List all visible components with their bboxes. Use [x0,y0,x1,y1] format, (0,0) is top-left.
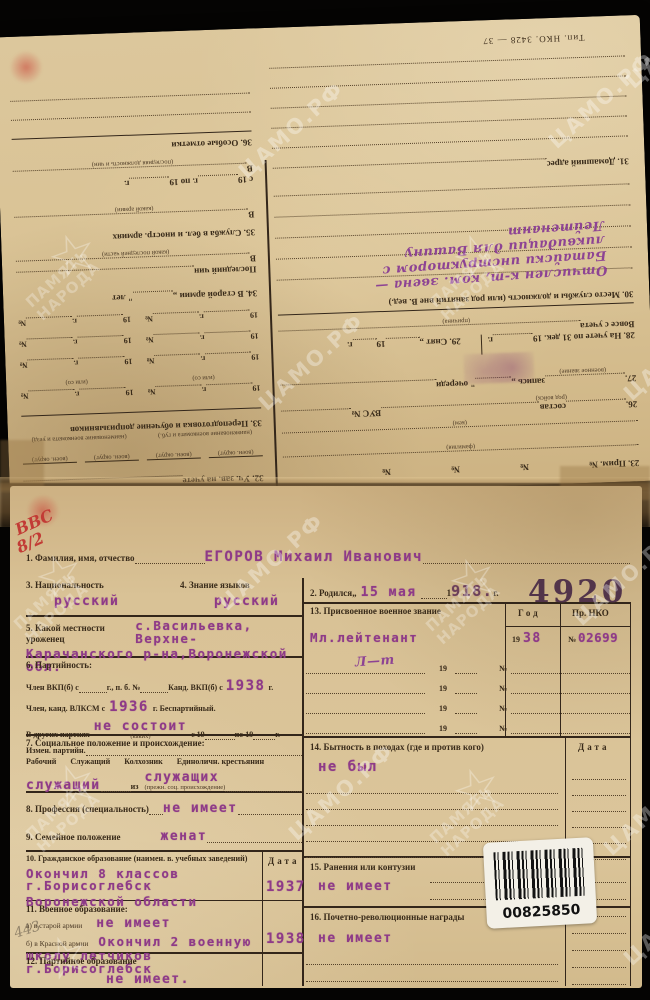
dotted-line [26,316,72,329]
field-5-value-line1: с.Васильевка, Верхне- [135,620,302,645]
other-parties-value: не состоит [94,720,187,733]
year-token: 19 [439,684,447,694]
number-sign: № [147,386,155,396]
h-line [302,736,630,738]
dotted-line [238,804,302,815]
dotted-line [455,663,477,674]
rank-empty-row: 19 № [306,674,630,694]
dotted-line [154,353,200,366]
dotted-line [135,553,205,564]
back-col-fields-32-36: 32. Уч. зав. на учете (воен. округ) (вое… [10,93,264,499]
date-column-header: Дата [268,856,300,867]
date-column-divider [262,850,263,986]
field-5-label: 5. Какой местности уроженец [26,623,131,645]
field-3: 3. Национальность русский [26,580,176,608]
dotted-line [572,796,626,812]
back-col-fields-23-31: 23. Прим. № № № № (фамилия) (кем) 26. [268,31,639,489]
scanned-document: 23. Прим. № № № № (фамилия) (кем) 26. [0,0,650,1000]
last-rank-label: Последний чин [194,263,257,276]
field-4-label: 4. Знание языков [180,580,298,591]
field-8-label: 8. Профессия (специальность) [26,804,149,815]
iz-token: из [131,782,139,792]
field-15-value: не имеет [318,880,393,893]
rank-empty-row: 19 № [306,654,630,674]
dotted-line [140,682,168,693]
v-token: В [248,208,254,219]
year-token: 19 [439,704,447,714]
field-7-label: 7. Социальное положение и происхождение: [26,738,302,749]
field-12-label: 12. Партийное образование [26,956,258,967]
open-quote: „ [352,588,357,599]
field-4-value: русский [214,595,298,608]
g-token: г. [75,389,80,399]
category-peasant: Единоличн. крестьянин [177,757,264,767]
dotted-line [155,384,201,397]
g-token: г. [200,353,205,363]
year-token: 19 [123,314,131,324]
field-13-order-value: 02699 [578,632,618,645]
field-26-number: 26. [626,398,638,409]
dotted-line [206,383,252,396]
dotted-line [306,826,558,842]
field-2-date: 15 мая [361,586,417,599]
dotted-line [77,314,123,327]
year-token: 19 [252,382,260,392]
field-15-label: 15. Ранения или контузии [310,862,415,873]
year-token: 19 [250,309,258,319]
number-sign: № [18,317,26,327]
field-14-date-header: Дата [578,742,610,753]
field-16-lines [306,948,558,982]
number-sign: № [451,463,460,474]
dotted-line [101,781,131,792]
off-register-label: Вовсе с учета [580,318,635,331]
field-2: 2. Родился „ 15 мая 1 918. г. [310,584,510,599]
dotted-line [198,174,238,186]
g-token: г. [201,384,206,394]
field-10-date: 1937 [266,880,306,894]
field-11b-label: б) в Красной армии [26,940,88,948]
field-1-value: ЕГОРОВ Михаил Иванович [205,550,423,564]
komsomol-year: 1936 [109,700,149,714]
dotted-line [306,778,558,794]
year-token: 19 [251,351,259,361]
dotted-line [572,968,626,985]
year-token: 19 [124,356,132,366]
dotted-line [385,337,419,349]
field-11-label: 11. Военное образование: [26,904,258,915]
field-16-value: не имеет [318,932,393,945]
field-16-label: 16. Почетно-революционные награды [310,912,464,923]
tape-patch [0,440,44,492]
v-token: В [250,252,256,263]
year-token: 19 [250,330,258,340]
field-34-label: 34. В старой армии „ [173,287,258,301]
field-10: 10. Гражданское образование (наимен. в. … [26,854,258,908]
category-kolkhoznik: Колхозник [124,757,163,767]
dotted-line [204,331,250,344]
komsomol-label2: г. Беспартийный. [153,704,216,714]
dotted-line [207,832,302,843]
dotted-line [306,810,558,826]
g-token: г. [124,178,130,189]
main-column-divider [302,578,304,986]
vkpb-member-label2: г., п. б. № [107,683,140,693]
year-token: 19 [125,387,133,397]
h-line [505,626,630,627]
dotted-line [423,553,630,564]
number-sign: № [146,334,154,344]
field-9-value: женат [161,830,208,843]
barcode-icon [493,848,585,901]
card-number: 4920 [528,574,626,610]
field-27-number: 27. [625,372,637,383]
field-12: 12. Партийное образование не имеет. [26,956,258,986]
g-token: г. [268,683,273,693]
dotted-line [205,352,251,365]
dotted-line [493,333,533,345]
field-13-label: 13. Присвоенное военное звание [310,606,500,617]
dotted-line [306,723,425,734]
field-2-g: г. [493,588,498,599]
barcode-sticker: 00825850 [483,837,597,929]
dotted-line [77,335,123,348]
field-11a-value: не имеет [96,917,171,930]
right-border [630,602,631,986]
field-9: 9. Семейное положение женат [26,830,302,843]
dotted-line [572,764,626,780]
field-14-value: не был [318,760,378,774]
number-sign: № [145,313,153,323]
s19-token: с 19 [238,173,254,184]
order-column-header: Пр. НКО [572,608,609,619]
dotted-line [149,804,163,815]
barcode-number: 00825850 [486,901,597,923]
number-sign: № [520,461,529,472]
dotted-line [455,703,477,714]
field-31-label: 31. Домашний адрес [546,155,628,169]
dotted-line [27,358,73,371]
field-7-origin-sublabel: (прежн. соц. происхождение) [144,784,225,791]
year-token: 19 [439,664,447,674]
year-column-header: Год [518,608,541,619]
field-7-origin: служащих [144,771,225,784]
v-token: В [247,162,253,173]
year-token: 19 [124,335,132,345]
dotted-line [306,794,558,810]
dotted-line [28,389,74,402]
field-28-g: г. [487,334,493,345]
field-13-order-cell: № 02699 [568,632,628,645]
vkpb-candidate-year: 1938 [226,679,266,693]
field-7-value: служащий [26,779,101,792]
dotted-line [204,310,250,323]
field-12-value: не имеет. [106,973,258,986]
field-29-label: 29. Снят „ [419,335,461,347]
g-token: г. [73,358,78,368]
rank-empty-row: 19 № [306,714,630,734]
number-sign: № [499,704,507,714]
number-sign: № [499,684,507,694]
dotted-line [511,683,630,694]
dotted-line [511,703,630,714]
field-26-sostav: состав [539,401,566,413]
field-34-let: " лет [112,292,133,304]
dotted-line [566,399,626,412]
number-sign: № [19,359,27,369]
field-3-label: 3. Национальность [26,580,176,591]
dotted-line [306,683,425,694]
field-10-label: 10. Гражданское образование (наимен. в. … [26,854,258,864]
dotted-line [572,934,626,951]
field-30: 30. Место службы и должность (или род за… [274,177,634,315]
dotted-line [421,588,447,599]
dotted-line [129,176,169,188]
field-10-value-line1: Окончил 8 классов г.Борисоглебск [26,868,258,893]
vkpb-candidate-label: Канд. ВКП(б) с [168,683,223,693]
dotted-line [455,723,477,734]
dotted-line [455,683,477,694]
field-29-g: г. [347,339,353,350]
field-14-label: 14. Бытность в походах (где и против ког… [310,742,484,753]
field-11b-date: 1938 [266,932,306,946]
dotted-line [352,338,376,350]
h-line [26,850,302,852]
dotted-line [78,356,124,369]
number-sign: № [568,635,576,645]
rank-empty-row: 19 № [306,694,630,714]
cell-divider [467,335,483,356]
category-employee: Служащий [70,757,110,767]
field-13-year-cell: 19 38 [512,632,558,645]
number-sign: № [499,724,507,734]
field-31-lines [269,55,628,167]
dotted-line [153,311,199,324]
dotted-line [306,663,425,674]
year-token: 19 [512,635,520,645]
field-13-rank: Мл.лейтенант [310,632,418,645]
g-token: г. [72,316,77,326]
dotted-line [572,812,626,828]
dotted-line [79,387,125,400]
dotted-line [306,703,425,714]
category-worker: Рабочий [26,757,56,767]
field-8-value: не имеет [163,802,238,815]
field-2-year: 918. [451,584,493,599]
field-13-year-value: 38 [523,632,542,645]
dotted-line [511,663,630,674]
number-sign: № [19,338,27,348]
dotted-line [79,682,107,693]
komsomol-label: Член, канд. ВЛКСМ с [26,704,105,714]
field-26-vus: ВУС № [351,407,381,419]
field-1-label: 1. Фамилия, имя, отчество [26,553,135,564]
dotted-line [27,337,73,350]
year-token: 19 [439,724,447,734]
dotted-line [511,723,630,734]
retraining-table: 19 г. № 19 г. № [18,309,261,416]
g-token: г. [200,332,205,342]
dotted-line [572,951,626,968]
dotted-line [306,948,558,965]
print-shop-imprint: Тип. НКО. 3428 — 37 [268,33,584,54]
vkpb-member-label: Член ВКП(б) с [26,683,79,693]
ink-smudge [463,352,534,384]
field-11b-value-line1: Окончил 2 военную [98,936,251,949]
field-2-label: 2. Родился [310,588,352,599]
field-29-year: 19 [376,338,385,349]
dotted-line [572,780,626,796]
field-9-label: 9. Семейное положение [26,832,121,843]
rotated-back-form: 23. Прим. № № № № (фамилия) (кем) 26. [0,15,650,503]
field-1: 1. Фамилия, имя, отчество ЕГОРОВ Михаил … [26,550,630,564]
card-back-page: 23. Прим. № № № № (фамилия) (кем) 26. [0,15,650,503]
dotted-line [154,332,200,345]
h-line [26,615,302,617]
dotted-line [225,781,302,792]
g-token: г. [73,337,78,347]
field-6-label: 6. Партийность: [26,660,302,671]
number-sign: № [146,355,154,365]
field-4: 4. Знание языков русский [180,580,298,608]
number-sign: № [382,466,391,477]
field-7: 7. Социальное положение и происхождение:… [26,738,302,792]
field-3-value: русский [54,595,176,608]
dotted-line [306,965,558,982]
field-8: 8. Профессия (специальность) не имеет [26,802,302,815]
number-sign: № [499,664,507,674]
number-sign: № [20,390,28,400]
field-13-empty-rows: 19 № 19 № 19 № 19 № [306,654,630,734]
po19-token: г. по 19 [169,175,198,187]
g-token: г. [199,311,204,321]
dotted-line [133,290,173,302]
